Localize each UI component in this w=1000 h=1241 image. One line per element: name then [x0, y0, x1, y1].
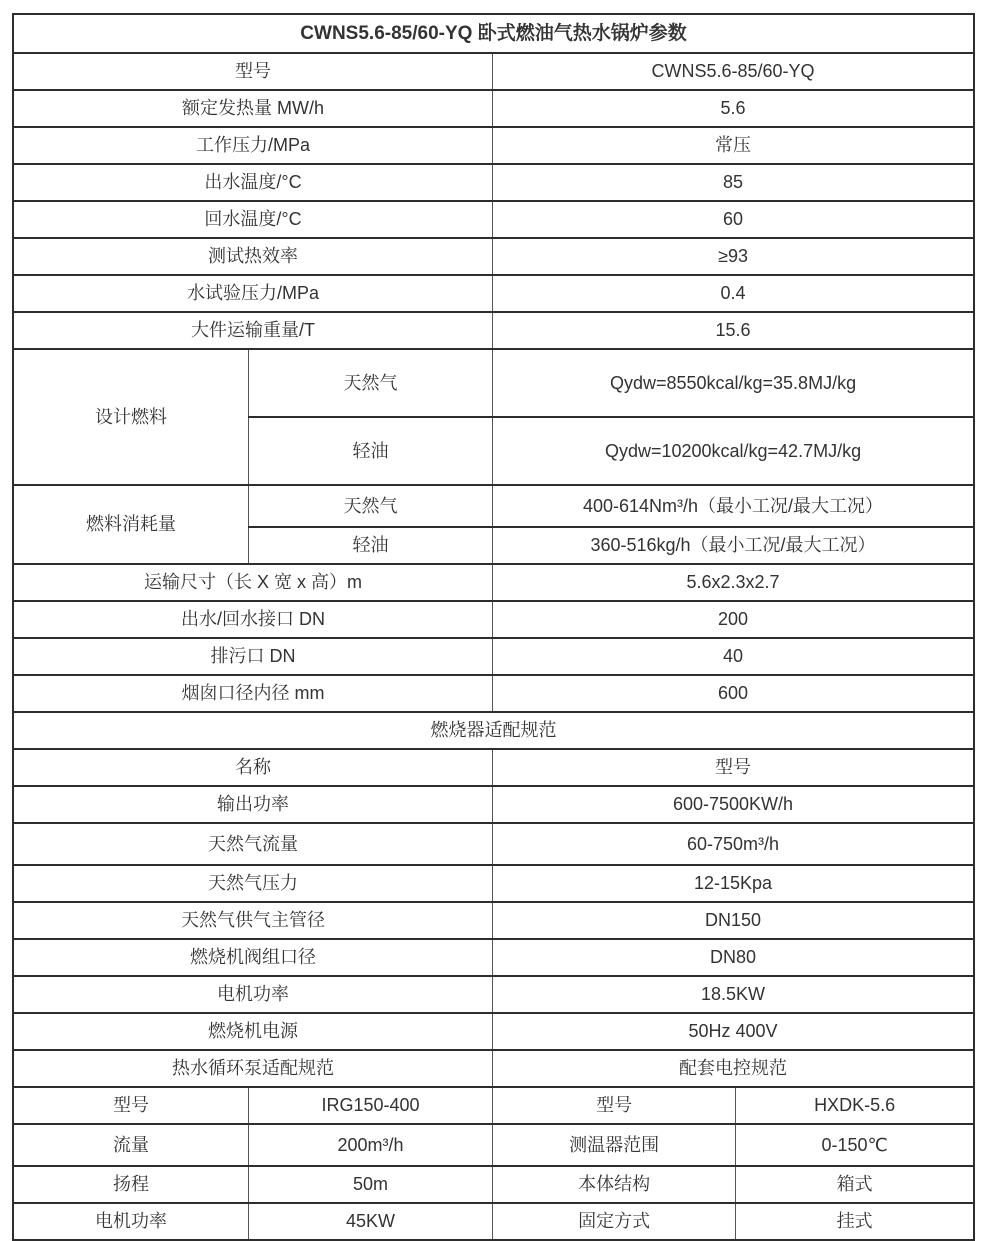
param-label-cell: 名称 [13, 749, 493, 786]
param-value-cell: 85 [493, 164, 974, 201]
group-label-cell: 设计燃料 [13, 349, 248, 485]
param-value-cell: DN80 [493, 939, 974, 976]
param-label-cell: 运输尺寸（长 X 宽 x 高）m [13, 564, 493, 601]
pump-param-value-cell: 50m [248, 1166, 492, 1203]
sub-label-cell: 轻油 [248, 527, 492, 564]
sub-label-cell: 天然气 [248, 485, 492, 527]
pump-param-label-cell: 电机功率 [13, 1203, 248, 1240]
param-value-cell: 60-750m³/h [493, 823, 974, 865]
param-value-cell: 0.4 [493, 275, 974, 312]
param-value-cell: 600-7500KW/h [493, 786, 974, 823]
param-label-cell: 大件运输重量/T [13, 312, 493, 349]
param-value-cell: Qydw=8550kcal/kg=35.8MJ/kg [493, 349, 974, 417]
param-value-cell: 40 [493, 638, 974, 675]
pump-param-value-cell: IRG150-400 [248, 1087, 492, 1124]
param-value-cell: CWNS5.6-85/60-YQ [493, 53, 974, 90]
group-label-cell: 燃料消耗量 [13, 485, 248, 564]
param-label-cell: 天然气压力 [13, 865, 493, 902]
param-value-cell: 12-15Kpa [493, 865, 974, 902]
param-value-cell: Qydw=10200kcal/kg=42.7MJ/kg [493, 417, 974, 485]
pump-param-label-cell: 扬程 [13, 1166, 248, 1203]
param-value-cell: 400-614Nm³/h（最小工况/最大工况） [493, 485, 974, 527]
control-param-value-cell: 箱式 [736, 1166, 974, 1203]
boiler-parameters-table: CWNS5.6-85/60-YQ 卧式燃油气热水锅炉参数型号CWNS5.6-85… [12, 13, 975, 1241]
pump-param-label-cell: 型号 [13, 1087, 248, 1124]
section-header-cell: 燃烧器适配规范 [13, 712, 974, 749]
section-header-cell: 配套电控规范 [493, 1050, 974, 1087]
control-param-label-cell: 本体结构 [493, 1166, 736, 1203]
control-param-label-cell: 固定方式 [493, 1203, 736, 1240]
pump-param-value-cell: 200m³/h [248, 1124, 492, 1166]
param-value-cell: DN150 [493, 902, 974, 939]
boiler-table-body: CWNS5.6-85/60-YQ 卧式燃油气热水锅炉参数型号CWNS5.6-85… [13, 14, 974, 1240]
param-label-cell: 燃烧机阀组口径 [13, 939, 493, 976]
param-value-cell: 60 [493, 201, 974, 238]
param-label-cell: 测试热效率 [13, 238, 493, 275]
param-label-cell: 烟囱口径内径 mm [13, 675, 493, 712]
param-value-cell: 5.6x2.3x2.7 [493, 564, 974, 601]
param-label-cell: 回水温度/°C [13, 201, 493, 238]
param-label-cell: 型号 [13, 53, 493, 90]
control-param-label-cell: 测温器范围 [493, 1124, 736, 1166]
param-label-cell: 天然气流量 [13, 823, 493, 865]
param-value-cell: 600 [493, 675, 974, 712]
pump-param-value-cell: 45KW [248, 1203, 492, 1240]
param-value-cell: 常压 [493, 127, 974, 164]
param-label-cell: 出水温度/°C [13, 164, 493, 201]
param-value-cell: 200 [493, 601, 974, 638]
param-value-cell: ≥93 [493, 238, 974, 275]
control-param-value-cell: HXDK-5.6 [736, 1087, 974, 1124]
param-label-cell: 输出功率 [13, 786, 493, 823]
section-header-cell: 热水循环泵适配规范 [13, 1050, 493, 1087]
param-label-cell: 电机功率 [13, 976, 493, 1013]
param-label-cell: 水试验压力/MPa [13, 275, 493, 312]
param-value-cell: 360-516kg/h（最小工况/最大工况） [493, 527, 974, 564]
param-label-cell: 排污口 DN [13, 638, 493, 675]
param-label-cell: 工作压力/MPa [13, 127, 493, 164]
param-label-cell: 出水/回水接口 DN [13, 601, 493, 638]
param-label-cell: 额定发热量 MW/h [13, 90, 493, 127]
param-value-cell: 型号 [493, 749, 974, 786]
control-param-value-cell: 0-150℃ [736, 1124, 974, 1166]
param-value-cell: 15.6 [493, 312, 974, 349]
param-label-cell: 燃烧机电源 [13, 1013, 493, 1050]
param-value-cell: 50Hz 400V [493, 1013, 974, 1050]
sub-label-cell: 天然气 [248, 349, 492, 417]
param-label-cell: 天然气供气主管径 [13, 902, 493, 939]
boiler-spec-table-wrap: CWNS5.6-85/60-YQ 卧式燃油气热水锅炉参数型号CWNS5.6-85… [12, 13, 975, 1241]
param-value-cell: 5.6 [493, 90, 974, 127]
pump-param-label-cell: 流量 [13, 1124, 248, 1166]
table-title: CWNS5.6-85/60-YQ 卧式燃油气热水锅炉参数 [13, 14, 974, 53]
param-value-cell: 18.5KW [493, 976, 974, 1013]
sub-label-cell: 轻油 [248, 417, 492, 485]
control-param-label-cell: 型号 [493, 1087, 736, 1124]
control-param-value-cell: 挂式 [736, 1203, 974, 1240]
